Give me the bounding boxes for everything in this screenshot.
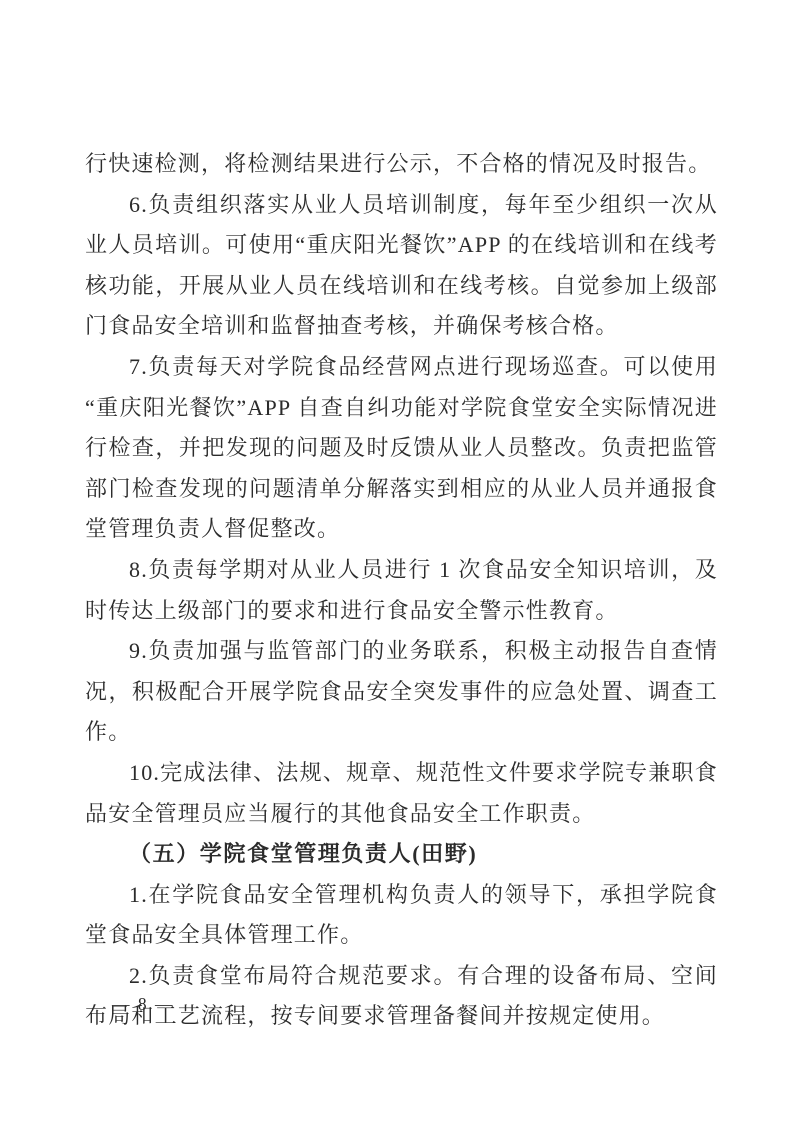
- page-number: — 8 —: [112, 994, 175, 1015]
- document-page: 行快速检测，将检测结果进行公示，不合格的情况及时报告。6.负责组织落实从业人员培…: [0, 0, 800, 1131]
- section-heading: （五）学院食堂管理负责人(田野): [85, 834, 718, 875]
- paragraph-2: 6.负责组织落实从业人员培训制度，每年至少组织一次从业人员培训。可使用“重庆阳光…: [85, 185, 718, 347]
- paragraph-6: 10.完成法律、法规、规章、规范性文件要求学院专兼职食品安全管理员应当履行的其他…: [85, 753, 718, 834]
- paragraph-8: 1.在学院食品安全管理机构负责人的领导下，承担学院食堂食品安全具体管理工作。: [85, 875, 718, 956]
- paragraph-9: 2.负责食堂布局符合规范要求。有合理的设备布局、空间布局和工艺流程，按专间要求管…: [85, 956, 718, 1037]
- paragraph-5: 9.负责加强与监管部门的业务联系，积极主动报告自查情况，积极配合开展学院食品安全…: [85, 631, 718, 753]
- paragraph-4: 8.负责每学期对从业人员进行 1 次食品安全知识培训，及时传达上级部门的要求和进…: [85, 550, 718, 631]
- paragraph-3: 7.负责每天对学院食品经营网点进行现场巡查。可以使用“重庆阳光餐饮”APP 自查…: [85, 347, 718, 550]
- document-body: 行快速检测，将检测结果进行公示，不合格的情况及时报告。6.负责组织落实从业人员培…: [85, 144, 718, 1037]
- paragraph-1: 行快速检测，将检测结果进行公示，不合格的情况及时报告。: [85, 144, 718, 185]
